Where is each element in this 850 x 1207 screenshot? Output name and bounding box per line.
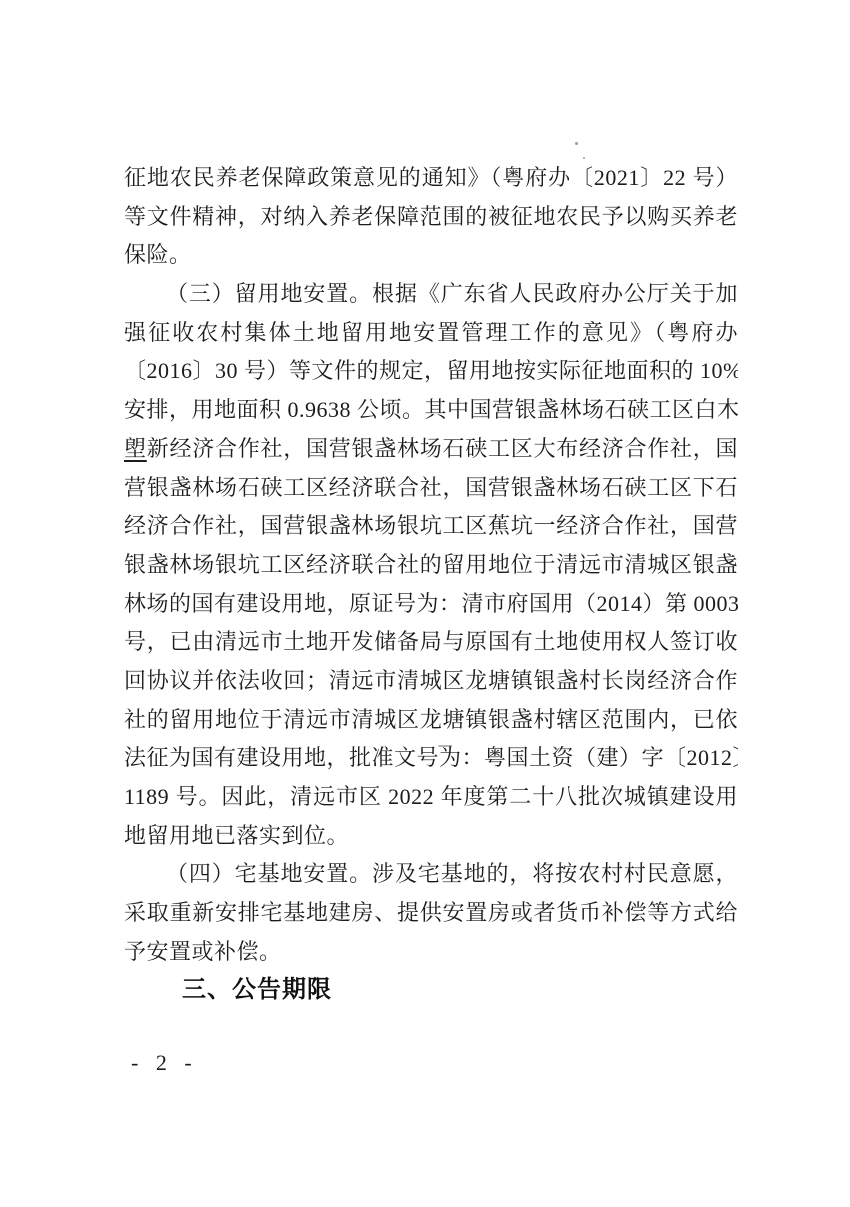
body-line: （三）留用地安置。根据《广东省人民政府办公厅关于加 [124, 275, 738, 314]
body-line: 予安置或补偿。 [124, 933, 738, 972]
scan-speck [575, 142, 578, 145]
body-line: 保险。 [124, 236, 738, 275]
body-line: 林场的国有建设用地，原证号为：清市府国用（2014）第 00030 [124, 585, 738, 624]
body-line: 采取重新安排宅基地建房、提供安置房或者货币补偿等方式给 [124, 894, 738, 933]
document-body: 征地农民养老保障政策意见的通知》（粤府办〔2021〕22 号） 等文件精神，对纳… [124, 159, 738, 1010]
body-line: 营银盏林场石硖工区经济联合社，国营银盏林场石硖工区下石 [124, 469, 738, 508]
section-heading: 三、公告期限 [124, 971, 738, 1010]
body-line: 〔2016〕30 号）等文件的规定，留用地按实际征地面积的 10% [124, 352, 738, 391]
body-line: 法征为国有建设用地，批准文号为：粤国土资（建）字〔2012〕 [124, 739, 738, 778]
body-line: 强征收农村集体土地留用地安置管理工作的意见》（粤府办 [124, 314, 738, 353]
body-line: 号，已由清远市土地开发储备局与原国有土地使用权人签订收 [124, 623, 738, 662]
page-number: - 2 - [131, 1050, 198, 1076]
body-line: 1189 号。因此，清远市区 2022 年度第二十八批次城镇建设用 [124, 778, 738, 817]
body-line: 回协议并依法收回；清远市清城区龙塘镇银盏村长岗经济合作 [124, 662, 738, 701]
body-line: 安排，用地面积 0.9638 公顷。其中国营银盏林场石硖工区白木 [124, 391, 738, 430]
body-line: 塱新经济合作社，国营银盏林场石硖工区大布经济合作社，国 [124, 430, 738, 469]
body-line: 银盏林场银坑工区经济联合社的留用地位于清远市清城区银盏 [124, 546, 738, 585]
body-line: 经济合作社，国营银盏林场银坑工区蕉坑一经济合作社，国营 [124, 507, 738, 546]
body-line: 征地农民养老保障政策意见的通知》（粤府办〔2021〕22 号） [124, 159, 738, 198]
document-page: 征地农民养老保障政策意见的通知》（粤府办〔2021〕22 号） 等文件精神，对纳… [0, 0, 850, 1207]
body-line: 社的留用地位于清远市清城区龙塘镇银盏村辖区范围内，已依 [124, 701, 738, 740]
body-line: （四）宅基地安置。涉及宅基地的，将按农村村民意愿， [124, 855, 738, 894]
body-line-text: 新经济合作社，国营银盏林场石硖工区大布经济合作社，国 [147, 436, 738, 461]
body-line: 地留用地已落实到位。 [124, 817, 738, 856]
underlined-character: 塱 [124, 436, 147, 461]
body-line: 等文件精神，对纳入养老保障范围的被征地农民予以购买养老 [124, 198, 738, 237]
